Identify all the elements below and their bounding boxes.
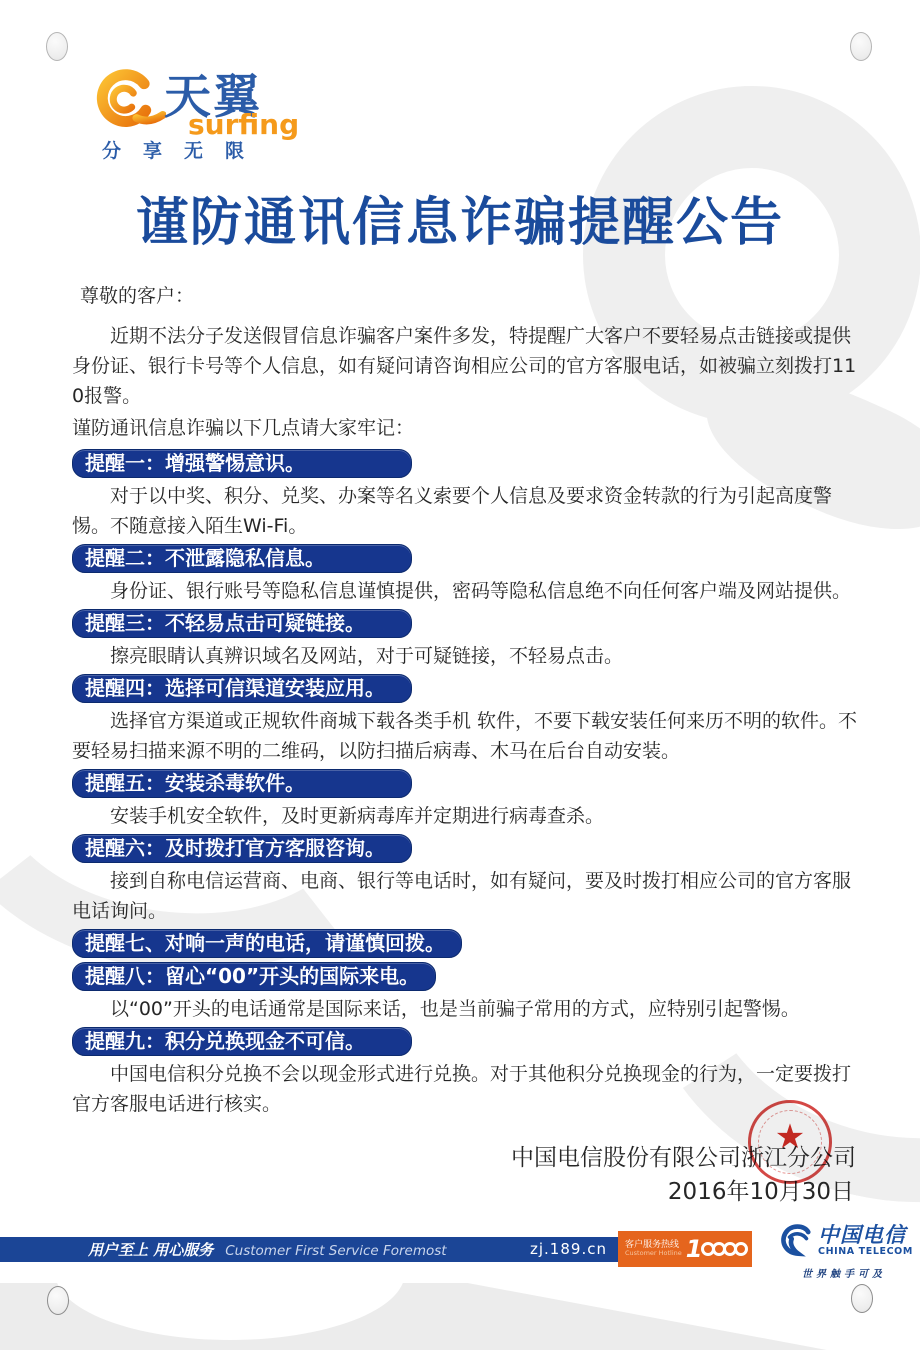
screw-hole-bottom-right [851, 1284, 873, 1313]
reminder-title-bar: 提醒五：安装杀毒软件。 [72, 769, 412, 798]
reminder-section: 提醒五：安装杀毒软件。 安装手机安全软件，及时更新病毒库并定期进行病毒查杀。 [72, 769, 862, 831]
reminder-list: 提醒一：增强警惕意识。 对于以中奖、积分、兑奖、办案等名义索要个人信息及要求资金… [72, 449, 862, 1119]
china-telecom-logo: 中国电信 CHINA TELECOM 世界触手可及 [778, 1222, 910, 1280]
reminder-body-text: 对于以中奖、积分、兑奖、办案等名义索要个人信息及要求资金转款的行为引起高度警惕。… [72, 481, 862, 541]
screw-hole-top-right [850, 32, 872, 61]
reminder-body-text: 接到自称电信运营商、电商、银行等电话时，如有疑问，要及时拨打相应公司的官方客服电… [72, 866, 862, 926]
hotline-labels: 客户服务热线 Customer Hotline [625, 1240, 682, 1258]
hotline-box: 客户服务热线 Customer Hotline 1 [618, 1231, 752, 1267]
reminder-section: 提醒二：不泄露隐私信息。 身份证、银行账号等隐私信息谨慎提供，密码等隐私信息绝不… [72, 544, 862, 606]
tianyi-logo: 天翼 surfing 分享无限 [88, 60, 308, 160]
reminder-title-bar: 提醒一：增强警惕意识。 [72, 449, 412, 478]
reminder-title-bar: 提醒四：选择可信渠道安装应用。 [72, 674, 412, 703]
reminder-section: 提醒九：积分兑换现金不可信。 中国电信积分兑换不会以现金形式进行兑换。对于其他积… [72, 1027, 862, 1119]
screw-hole-top-left [46, 32, 68, 61]
reminder-title-bar: 提醒九：积分兑换现金不可信。 [72, 1027, 412, 1056]
china-telecom-name-en: CHINA TELECOM [818, 1246, 913, 1257]
notice-body: 尊敬的客户： 近期不法分子发送假冒信息诈骗客户案件多发，特提醒广大客户不要轻易点… [72, 281, 862, 1209]
footer-slogan: 用户至上 用心服务Customer First Service Foremost [88, 1239, 447, 1260]
reminder-section: 提醒一：增强警惕意识。 对于以中奖、积分、兑奖、办案等名义索要个人信息及要求资金… [72, 449, 862, 541]
reminder-section: 提醒六：及时拨打官方客服咨询。 接到自称电信运营商、电商、银行等电话时，如有疑问… [72, 834, 862, 926]
reminder-body-text: 安装手机安全软件，及时更新病毒库并定期进行病毒查杀。 [72, 801, 862, 831]
screw-hole-bottom-left [47, 1286, 69, 1315]
reminder-section: 提醒七、对响一声的电话，请谨慎回拨。 [72, 929, 862, 959]
reminder-title-bar: 提醒八：留心“00”开头的国际来电。 [72, 962, 436, 991]
hotline-label-en: Customer Hotline [625, 1250, 682, 1257]
tianyi-tagline: 分享无限 [102, 136, 266, 163]
hotline-number-lead: 1 [686, 1237, 703, 1261]
reminder-body-text: 擦亮眼睛认真辨识域名及网站，对于可疑链接，不轻易点击。 [72, 641, 862, 671]
greeting-line: 尊敬的客户： [80, 281, 862, 311]
hotline-number-logo: 1 [686, 1237, 748, 1261]
footer-band: 用户至上 用心服务Customer First Service Foremost… [0, 1237, 620, 1262]
footer-url: zj.189.cn [530, 1240, 607, 1258]
notice-page: 天翼 surfing 分享无限 谨防通讯信息诈骗提醒公告 尊敬的客户： 近期不法… [0, 0, 920, 1350]
reminder-title-bar: 提醒二：不泄露隐私信息。 [72, 544, 412, 573]
signature-date: 2016年10月30日 [72, 1175, 856, 1209]
reminder-body-text: 选择官方渠道或正规软件商城下载各类手机 软件，不要下载安装任何来历不明的软件。不… [72, 706, 862, 766]
reminder-section: 提醒四：选择可信渠道安装应用。 选择官方渠道或正规软件商城下载各类手机 软件，不… [72, 674, 862, 766]
notice-title: 谨防通讯信息诈骗提醒公告 [0, 180, 920, 255]
signature-block: 中国电信股份有限公司浙江分公司 2016年10月30日 [72, 1141, 862, 1209]
hotline-zero-icon [734, 1242, 748, 1256]
seal-star-icon: ★ [751, 1120, 829, 1154]
reminder-section: 提醒三：不轻易点击可疑链接。 擦亮眼睛认真辨识域名及网站，对于可疑链接，不轻易点… [72, 609, 862, 671]
reminder-body-text: 身份证、银行账号等隐私信息谨慎提供，密码等隐私信息绝不向任何客户端及网站提供。 [72, 576, 862, 606]
watermark-notch [55, 1205, 405, 1340]
reminder-body-text: 以“00”开头的电话通常是国际来话，也是当前骗子常用的方式，应特别引起警惕。 [72, 994, 862, 1024]
footer-slogan-en: Customer First Service Foremost [225, 1243, 446, 1259]
reminder-title-bar: 提醒六：及时拨打官方客服咨询。 [72, 834, 412, 863]
intro-paragraph: 近期不法分子发送假冒信息诈骗客户案件多发，特提醒广大客户不要轻易点击链接或提供身… [72, 321, 862, 411]
china-telecom-name-cn: 中国电信 [818, 1224, 913, 1246]
reminder-title-bar: 提醒七、对响一声的电话，请谨慎回拨。 [72, 929, 462, 958]
company-seal: ★ [748, 1100, 832, 1184]
reminder-section: 提醒八：留心“00”开头的国际来电。 以“00”开头的电话通常是国际来话，也是当… [72, 962, 862, 1024]
signature-company: 中国电信股份有限公司浙江分公司 [72, 1141, 856, 1175]
reminder-title-bar: 提醒三：不轻易点击可疑链接。 [72, 609, 412, 638]
footer-slogan-cn: 用户至上 用心服务 [88, 1241, 213, 1259]
china-telecom-symbol-icon [778, 1222, 814, 1258]
tianyi-swirl-icon [88, 66, 166, 142]
reminder-body-text: 中国电信积分兑换不会以现金形式进行兑换。对于其他积分兑换现金的行为，一定要拨打官… [72, 1059, 862, 1119]
china-telecom-slogan: 世界触手可及 [778, 1265, 910, 1280]
lead-in-line: 谨防通讯信息诈骗以下几点请大家牢记： [72, 413, 862, 443]
